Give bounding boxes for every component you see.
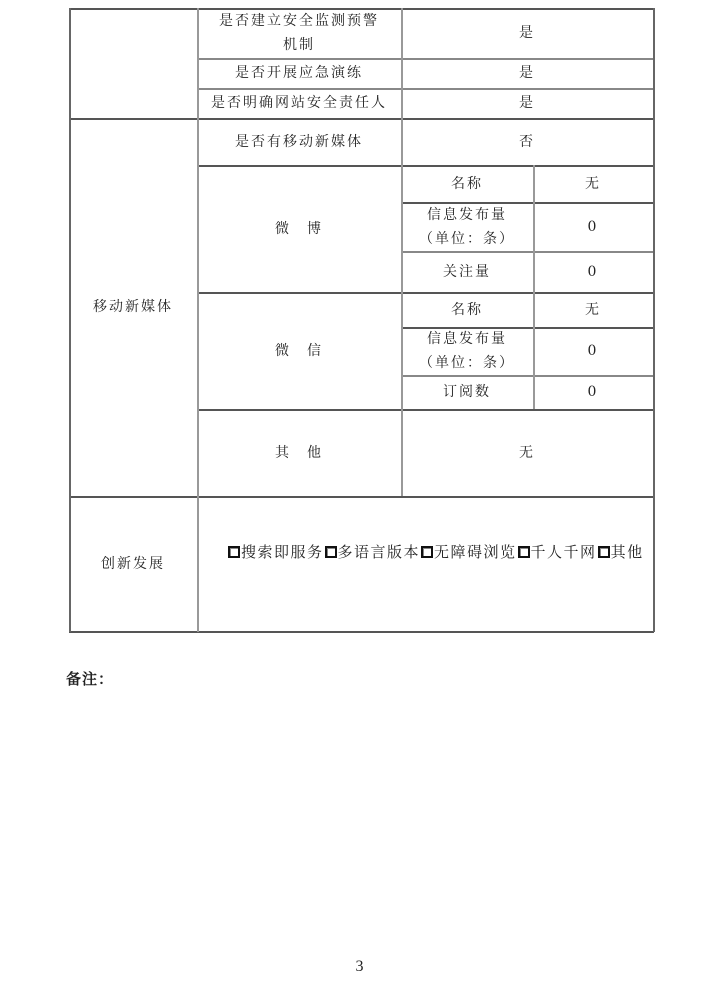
label-line: 是否建立安全监测预警	[219, 9, 379, 33]
weibo-posts-label: 信息发布量 （单位：条）	[401, 202, 533, 251]
remark-label: 备注：	[66, 668, 114, 689]
label-line: 信息发布量	[427, 327, 507, 351]
other-media-value: 无	[401, 409, 653, 496]
option-multilingual: 多语言版本	[338, 541, 421, 562]
emergency-drill-value: 是	[401, 58, 653, 88]
wechat-name-value: 无	[533, 292, 653, 327]
security-monitoring-label: 是否建立安全监测预警 机制	[197, 8, 401, 58]
option-personalized: 千人千网	[531, 541, 597, 562]
weibo-name-label: 名称	[401, 165, 533, 202]
weibo-followers-value: 0	[533, 251, 653, 292]
wechat-name-label: 名称	[401, 292, 533, 327]
weibo-followers-label: 关注量	[401, 251, 533, 292]
checkbox-personalized[interactable]	[518, 546, 530, 558]
innovation-label: 创新发展	[69, 496, 197, 631]
wechat-posts-label: 信息发布量 （单位：条）	[401, 327, 533, 375]
security-officer-label: 是否明确网站安全责任人	[197, 88, 401, 118]
weibo-posts-value: 0	[533, 202, 653, 251]
weibo-label: 微 博	[197, 165, 401, 292]
checkbox-multilingual[interactable]	[325, 546, 337, 558]
checkbox-other[interactable]	[598, 546, 610, 558]
wechat-subscribers-value: 0	[533, 375, 653, 409]
other-media-label: 其 他	[197, 409, 401, 496]
has-mobile-media-label: 是否有移动新媒体	[197, 118, 401, 165]
checkbox-accessibility[interactable]	[421, 546, 433, 558]
option-accessibility: 无障碍浏览	[434, 541, 517, 562]
table-border-right	[653, 8, 655, 632]
label-line: 机制	[283, 33, 315, 57]
wechat-subscribers-label: 订阅数	[401, 375, 533, 409]
emergency-drill-label: 是否开展应急演练	[197, 58, 401, 88]
wechat-label: 微 信	[197, 292, 401, 409]
option-search-service: 搜索即服务	[241, 541, 324, 562]
mobile-media-section-label: 移动新媒体	[69, 118, 197, 496]
wechat-posts-value: 0	[533, 327, 653, 375]
report-table: 是否建立安全监测预警 机制 是 是否开展应急演练 是 是否明确网站安全责任人 是…	[69, 8, 653, 631]
checkbox-search-service[interactable]	[228, 546, 240, 558]
security-officer-value: 是	[401, 88, 653, 118]
option-other: 其他	[611, 541, 644, 562]
table-border-bottom	[69, 631, 654, 633]
label-line: （单位：条）	[419, 227, 515, 251]
label-line: （单位：条）	[419, 351, 515, 375]
page-number: 3	[0, 958, 719, 976]
has-mobile-media-value: 否	[401, 118, 653, 165]
innovation-options: 搜索即服务 多语言版本 无障碍浏览 千人千网 其他	[228, 541, 645, 562]
label-line: 信息发布量	[427, 203, 507, 227]
security-monitoring-value: 是	[401, 8, 653, 58]
weibo-name-value: 无	[533, 165, 653, 202]
